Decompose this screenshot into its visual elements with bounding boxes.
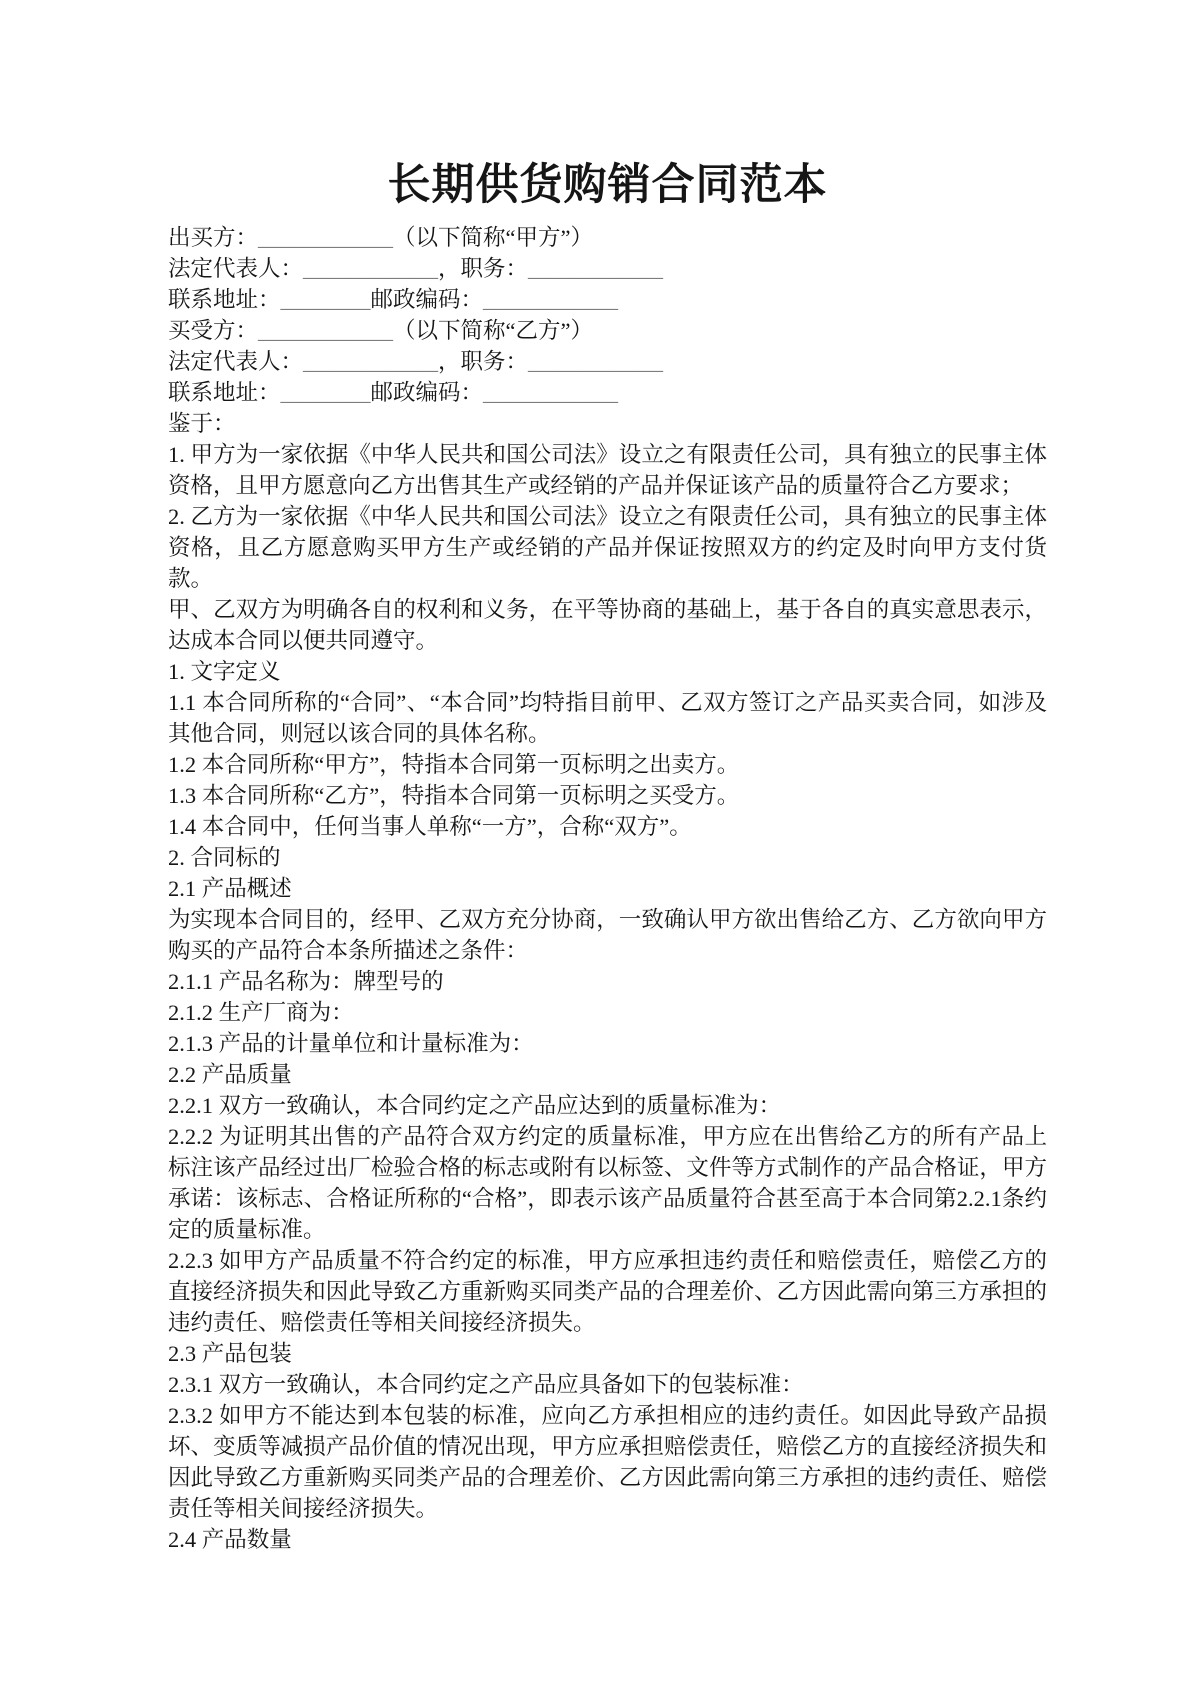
section-1-heading: 1. 文字定义: [168, 656, 1047, 687]
clause-2-1-2: 2.1.2 生产厂商为：: [168, 997, 1047, 1028]
field-label: 邮政编码：: [371, 380, 484, 405]
buyer-address-line: 联系地址：________邮政编码：____________: [168, 377, 1047, 408]
clause-2-2-3: 2.2.3 如甲方产品质量不符合约定的标准，甲方应承担违约责任和赔偿责任，赔偿乙…: [168, 1245, 1047, 1338]
field-label: ，职务：: [438, 349, 528, 374]
field-suffix: （以下简称“乙方”）: [393, 318, 593, 343]
whereas-line: 鉴于：: [168, 408, 1047, 439]
clause-1-3: 1.3 本合同所称“乙方”，特指本合同第一页标明之买受方。: [168, 780, 1047, 811]
party-seller-line: 出买方：____________（以下简称“甲方”）: [168, 222, 1047, 253]
blank-field: ____________: [528, 256, 663, 281]
seller-representative-line: 法定代表人：____________，职务：____________: [168, 253, 1047, 284]
clause-2-3-1: 2.3.1 双方一致确认，本合同约定之产品应具备如下的包装标准：: [168, 1369, 1047, 1400]
clause-1-1: 1.1 本合同所称的“合同”、“本合同”均特指目前甲、乙双方签订之产品买卖合同，…: [168, 687, 1047, 749]
field-label: 法定代表人：: [168, 256, 303, 281]
recital-closing: 甲、乙双方为明确各自的权利和义务，在平等协商的基础上，基于各自的真实意思表示，达…: [168, 594, 1047, 656]
field-label: 联系地址：: [168, 287, 281, 312]
clause-2-3-2: 2.3.2 如甲方不能达到本包装的标准，应向乙方承担相应的违约责任。如因此导致产…: [168, 1400, 1047, 1524]
clause-1-4: 1.4 本合同中，任何当事人单称“一方”，合称“双方”。: [168, 811, 1047, 842]
clause-2-1-1: 2.1.1 产品名称为：牌型号的: [168, 966, 1047, 997]
clause-2-1-intro: 为实现本合同目的，经甲、乙双方充分协商，一致确认甲方欲出售给乙方、乙方欲向甲方购…: [168, 904, 1047, 966]
blank-field: ________: [281, 287, 371, 312]
field-label: ，职务：: [438, 256, 528, 281]
document-title: 长期供货购销合同范本: [168, 160, 1047, 212]
recital-1: 1. 甲方为一家依据《中华人民共和国公司法》设立之有限责任公司，具有独立的民事主…: [168, 439, 1047, 501]
clause-2-2-2: 2.2.2 为证明其出售的产品符合双方约定的质量标准，甲方应在出售给乙方的所有产…: [168, 1121, 1047, 1245]
section-2-heading: 2. 合同标的: [168, 842, 1047, 873]
clause-2-1-heading: 2.1 产品概述: [168, 873, 1047, 904]
field-label: 买受方：: [168, 318, 258, 343]
field-label: 邮政编码：: [371, 287, 484, 312]
clause-2-2-heading: 2.2 产品质量: [168, 1059, 1047, 1090]
party-buyer-line: 买受方：____________（以下简称“乙方”）: [168, 315, 1047, 346]
clause-2-4-heading: 2.4 产品数量: [168, 1524, 1047, 1555]
blank-field: ____________: [303, 256, 438, 281]
blank-field: ____________: [258, 318, 393, 343]
contract-document-page: 长期供货购销合同范本 出买方：____________（以下简称“甲方”） 法定…: [0, 0, 1190, 1683]
blank-field: ____________: [483, 287, 618, 312]
blank-field: ________: [281, 380, 371, 405]
blank-field: ____________: [483, 380, 618, 405]
blank-field: ____________: [528, 349, 663, 374]
recital-2: 2. 乙方为一家依据《中华人民共和国公司法》设立之有限责任公司，具有独立的民事主…: [168, 501, 1047, 594]
blank-field: ____________: [258, 225, 393, 250]
buyer-representative-line: 法定代表人：____________，职务：____________: [168, 346, 1047, 377]
field-label: 出买方：: [168, 225, 258, 250]
field-label: 联系地址：: [168, 380, 281, 405]
clause-1-2: 1.2 本合同所称“甲方”，特指本合同第一页标明之出卖方。: [168, 749, 1047, 780]
seller-address-line: 联系地址：________邮政编码：____________: [168, 284, 1047, 315]
field-suffix: （以下简称“甲方”）: [393, 225, 593, 250]
blank-field: ____________: [303, 349, 438, 374]
field-label: 法定代表人：: [168, 349, 303, 374]
clause-2-1-3: 2.1.3 产品的计量单位和计量标准为：: [168, 1028, 1047, 1059]
clause-2-3-heading: 2.3 产品包装: [168, 1338, 1047, 1369]
clause-2-2-1: 2.2.1 双方一致确认，本合同约定之产品应达到的质量标准为：: [168, 1090, 1047, 1121]
